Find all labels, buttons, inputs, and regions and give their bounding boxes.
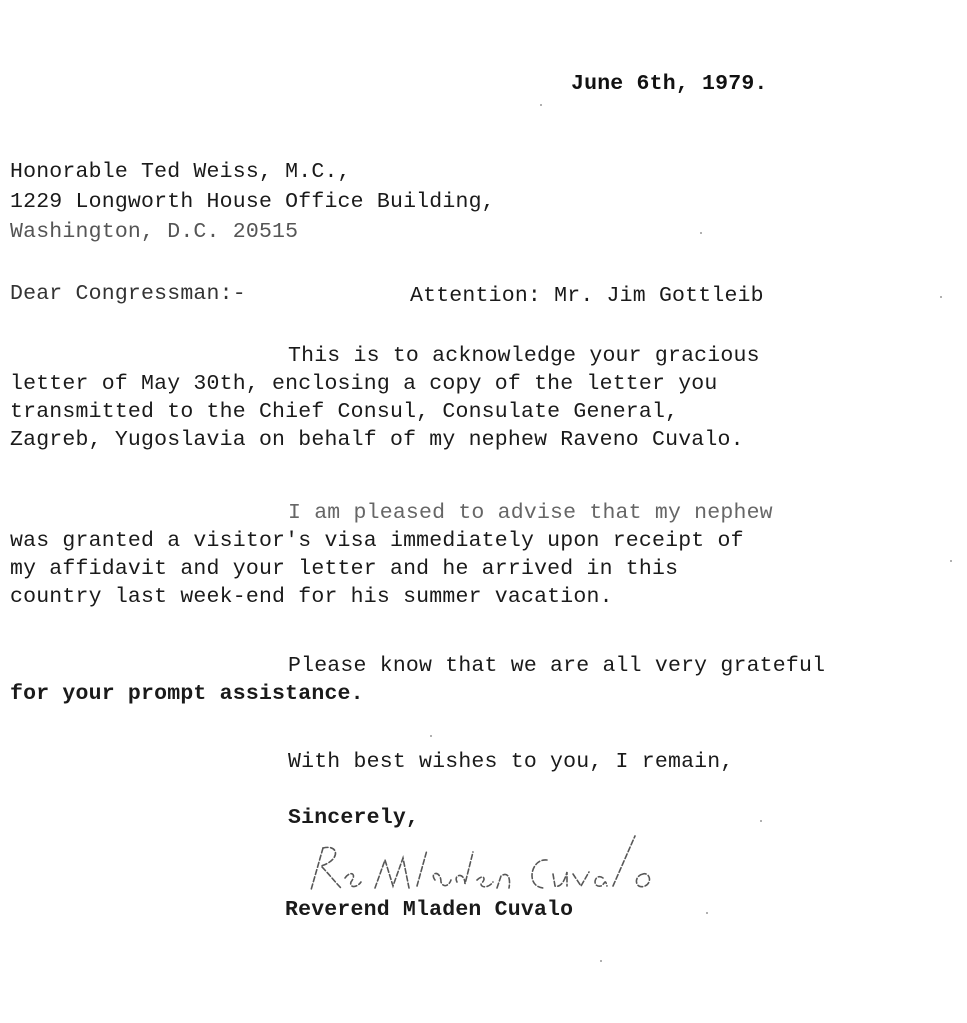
- closing-line: With best wishes to you, I remain,: [288, 752, 733, 774]
- attention-line: Attention: Mr. Jim Gottleib: [410, 286, 764, 308]
- paragraph-line: my affidavit and your letter and he arri…: [10, 559, 678, 581]
- paragraph-line: transmitted to the Chief Consul, Consula…: [10, 402, 678, 424]
- letter-date: June 6th, 1979.: [571, 74, 768, 96]
- paragraph-line: letter of May 30th, enclosing a copy of …: [10, 374, 718, 396]
- scan-speck: [430, 735, 432, 737]
- paragraph-line: was granted a visitor's visa immediately…: [10, 531, 744, 553]
- paragraph-line: This is to acknowledge your gracious: [288, 346, 760, 368]
- scan-speck: [540, 104, 542, 106]
- scan-speck: [706, 912, 708, 914]
- recipient-street: 1229 Longworth House Office Building,: [10, 192, 495, 214]
- scan-speck: [600, 960, 602, 962]
- scan-speck: [760, 820, 762, 822]
- paragraph-line: Zagreb, Yugoslavia on behalf of my nephe…: [10, 430, 744, 452]
- handwritten-signature: [305, 830, 675, 900]
- salutation: Dear Congressman:-: [10, 284, 246, 306]
- scan-speck: [700, 232, 702, 234]
- scan-speck: [940, 296, 942, 298]
- paragraph-line: for your prompt assistance.: [10, 684, 364, 706]
- signer-name: Reverend Mladen Cuvalo: [285, 900, 573, 922]
- scan-speck: [950, 560, 952, 562]
- paragraph-line: country last week-end for his summer vac…: [10, 587, 613, 609]
- paragraph-line: Please know that we are all very gratefu…: [288, 656, 825, 678]
- recipient-name: Honorable Ted Weiss, M.C.,: [10, 162, 351, 184]
- sign-off: Sincerely,: [288, 808, 419, 830]
- paragraph-line: I am pleased to advise that my nephew: [288, 503, 773, 525]
- recipient-city: Washington, D.C. 20515: [10, 222, 298, 244]
